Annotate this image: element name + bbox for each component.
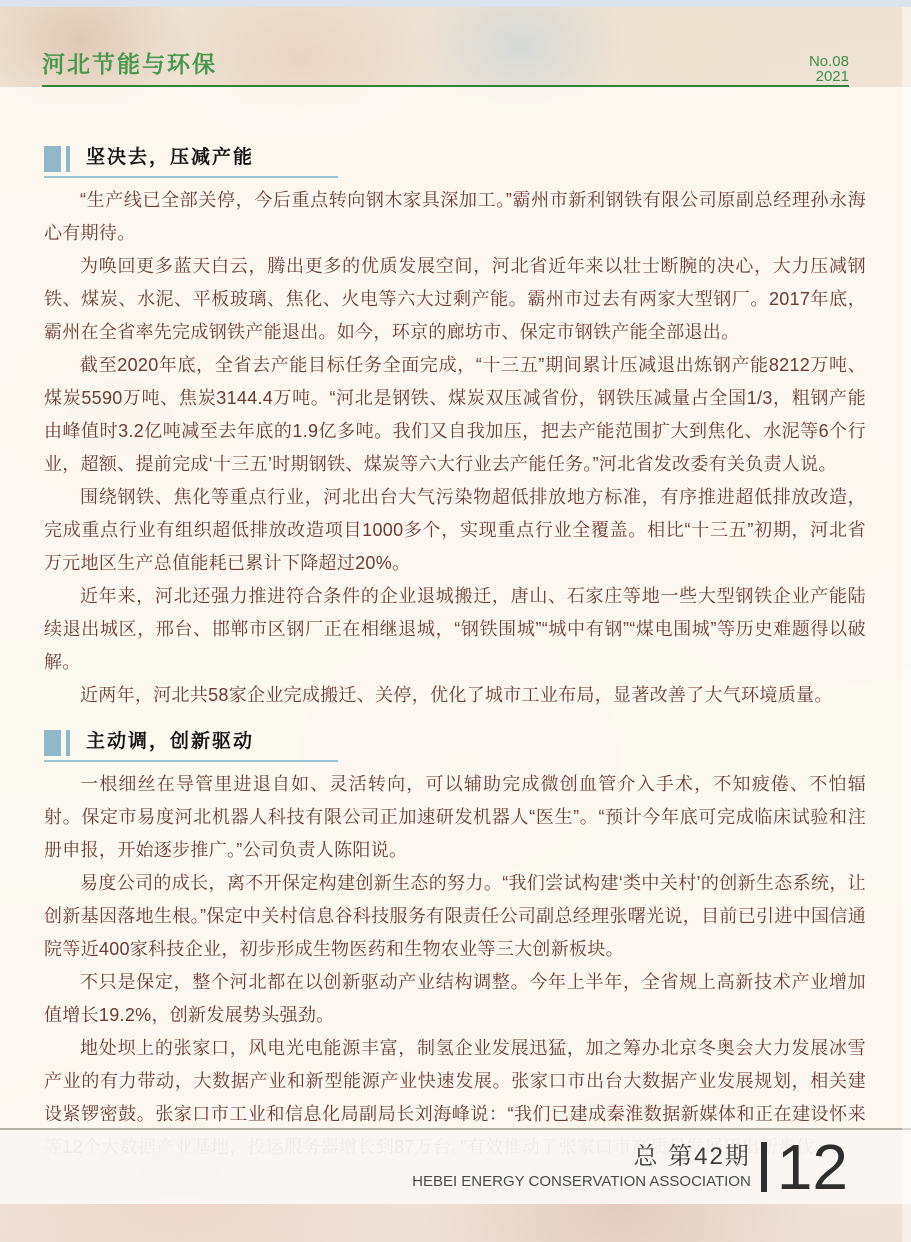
article-paragraph: “生产线已全部关停，今后重点转向钢木家具深加工。”霸州市新利钢铁有限公司原副总经… [44, 184, 866, 250]
article-paragraph: 易度公司的成长，离不开保定构建创新生态的努力。“我们尝试构建‘类中关村’的创新生… [44, 867, 866, 966]
footer-issue-block: 总 第42期 HEBEI ENERGY CONSERVATION ASSOCIA… [412, 1143, 751, 1191]
article-paragraph: 近年来，河北还强力推进符合条件的企业退城搬迁，唐山、石家庄等地一些大型钢铁企业产… [44, 580, 866, 679]
page-right-edge [902, 0, 911, 1242]
article-paragraph: 围绕钢铁、焦化等重点行业，河北出台大气污染物超低排放地方标准，有序推进超低排放改… [44, 481, 866, 580]
issue-info: No.08 2021 [809, 54, 849, 84]
article-paragraph: 近两年，河北共58家企业完成搬迁、关停，优化了城市工业布局，显著改善了大气环境质… [44, 679, 866, 712]
footer-association-name: HEBEI ENERGY CONSERVATION ASSOCIATION [412, 1172, 751, 1191]
header-rule [42, 85, 849, 87]
magazine-title: 河北节能与环保 [42, 46, 217, 79]
heading-underline [44, 176, 338, 178]
section-heading-2: 主动调，创新驱动 [44, 729, 866, 755]
section-title: 主动调，创新驱动 [86, 731, 254, 752]
section-heading-1: 坚决去，压减产能 [44, 145, 866, 171]
page-header: 河北节能与环保 No.08 2021 [0, 7, 911, 87]
accent-bar-thin [66, 730, 70, 756]
accent-bar-thick [44, 730, 61, 756]
article-paragraph: 为唤回更多蓝天白云，腾出更多的优质发展空间，河北省近年来以壮士断腕的决心，大力压… [44, 250, 866, 349]
heading-underline [44, 760, 338, 762]
accent-bar-thick [44, 146, 61, 172]
article-sheet: 坚决去，压减产能 “生产线已全部关停，今后重点转向钢木家具深加工。”霸州市新利钢… [0, 87, 911, 1128]
article-paragraph: 一根细丝在导管里进退自如、灵活转向，可以辅助完成微创血管介入手术，不知疲倦、不怕… [44, 768, 866, 867]
issue-number: No.08 [809, 54, 849, 69]
issue-year: 2021 [809, 69, 849, 84]
heading-accent-bars [44, 146, 74, 172]
article-paragraph: 不只是保定，整个河北都在以创新驱动产业结构调整。今年上半年，全省规上高新技术产业… [44, 966, 866, 1032]
page-number: 12 [777, 1138, 848, 1196]
page-footer: 总 第42期 HEBEI ENERGY CONSERVATION ASSOCIA… [0, 1128, 911, 1204]
footer-divider-bar [761, 1142, 767, 1192]
top-edge-strip [0, 0, 911, 7]
article-paragraph: 截至2020年底，全省去产能目标任务全面完成，“十三五”期间累计压减退出炼钢产能… [44, 349, 866, 481]
section-title: 坚决去，压减产能 [86, 147, 254, 168]
article-body: 坚决去，压减产能 “生产线已全部关停，今后重点转向钢木家具深加工。”霸州市新利钢… [44, 145, 866, 1164]
heading-accent-bars [44, 730, 74, 756]
accent-bar-thin [66, 146, 70, 172]
footer-issue-label: 总 第42期 [633, 1143, 750, 1171]
